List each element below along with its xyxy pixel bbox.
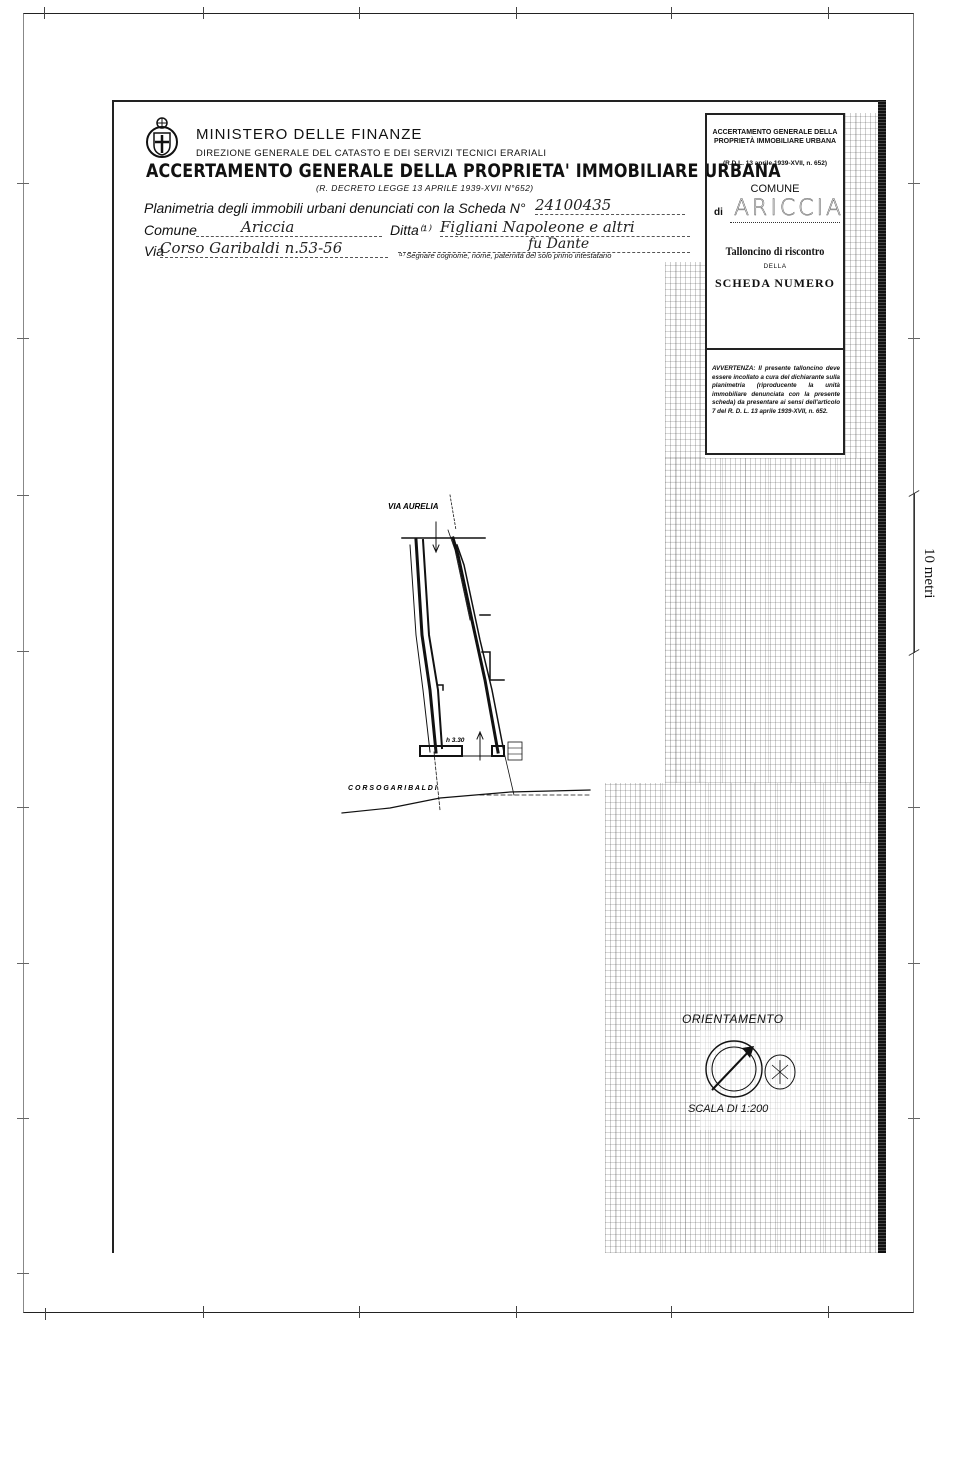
talloncino-della: DELLA <box>705 263 845 270</box>
registration-tick <box>17 963 29 964</box>
talloncino-comune-label: COMUNE <box>705 183 845 195</box>
scale-bar-line <box>914 493 915 653</box>
floor-plan: VIA AURELIA C O R S O G A R I B A L D I … <box>330 490 610 820</box>
registration-tick <box>908 183 920 184</box>
scale-label: SCALA DI 1:200 <box>688 1103 768 1115</box>
registration-tick <box>17 1273 29 1274</box>
registration-tick <box>908 338 920 339</box>
talloncino-scheda-numero: SCHEDA NUMERO <box>705 276 845 291</box>
registration-tick <box>671 1306 672 1318</box>
registration-tick <box>17 651 29 652</box>
talloncino-comune-value: ARICCIA <box>734 196 844 221</box>
registration-tick <box>908 963 920 964</box>
street-label-top: VIA AURELIA <box>388 502 439 511</box>
registration-tick <box>17 807 29 808</box>
coat-of-arms-icon <box>144 115 180 159</box>
comune-underline <box>730 222 840 223</box>
registration-tick <box>17 338 29 339</box>
ministry-name: MINISTERO DELLE FINANZE <box>196 126 422 143</box>
comune-field: Ariccia <box>196 218 382 237</box>
registration-tick <box>45 1308 46 1320</box>
scale-bar-label: 10 metri <box>920 548 937 598</box>
registration-tick <box>359 7 360 19</box>
registration-tick <box>908 807 920 808</box>
footnote: ⁽¹⁾ Segnare cognome, nome, paternità del… <box>398 251 611 260</box>
registration-tick <box>203 7 204 19</box>
document-title: ACCERTAMENTO GENERALE DELLA PROPRIETA' I… <box>146 160 781 182</box>
talloncino-heading: ACCERTAMENTO GENERALE DELLA PROPRIETÀ IM… <box>705 128 845 146</box>
registration-tick <box>828 1306 829 1318</box>
form-edge-strip <box>878 100 886 1253</box>
talloncino-decree: (R.D.L. 13 aprile 1939-XVII, n. 652) <box>705 159 845 168</box>
registration-tick <box>516 7 517 19</box>
decree-reference: (R. DECRETO LEGGE 13 APRILE 1939-XVII N°… <box>316 183 534 193</box>
talloncino-divider <box>705 348 845 350</box>
comune-label: Comune <box>144 222 197 238</box>
registration-tick <box>828 7 829 19</box>
registration-tick <box>359 1306 360 1318</box>
registration-tick <box>671 7 672 19</box>
registration-tick <box>203 1306 204 1318</box>
orientation-label: ORIENTAMENTO <box>682 1012 784 1026</box>
registration-tick <box>44 7 45 19</box>
registration-tick <box>17 495 29 496</box>
talloncino-di-label: di <box>714 207 723 218</box>
compass-icon <box>700 1038 800 1100</box>
registration-tick <box>516 1306 517 1318</box>
registration-tick <box>17 1118 29 1119</box>
planimetria-label: Planimetria degli immobili urbani denunc… <box>144 200 525 216</box>
ditta-field: Figliani Napoleone e altri <box>440 218 690 237</box>
talloncino-title: Talloncino di riscontro <box>716 244 835 259</box>
via-field: Corso Garibaldi n.53-56 <box>160 239 388 258</box>
avvertenza-note: AVVERTENZA: Il presente talloncino deve … <box>712 365 840 417</box>
height-label: h 3.30 <box>446 737 465 744</box>
street-label-bottom: C O R S O G A R I B A L D I <box>348 785 438 792</box>
direzione-name: DIREZIONE GENERALE DEL CATASTO E DEI SER… <box>196 148 546 159</box>
scheda-number-field: 24100435 <box>535 196 685 215</box>
registration-tick <box>17 183 29 184</box>
registration-tick <box>908 1118 920 1119</box>
